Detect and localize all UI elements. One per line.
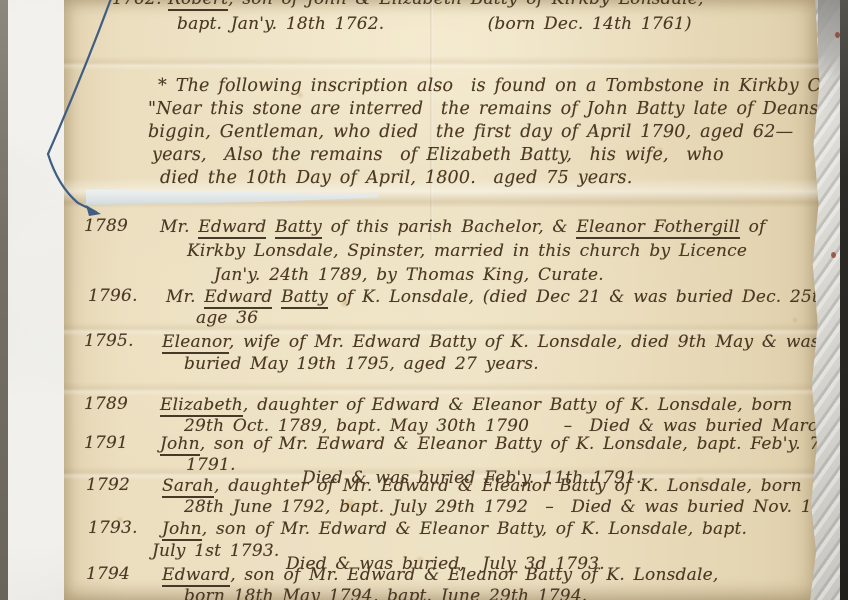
note-line: died the 10th Day of April, 1800. aged 7… xyxy=(160,169,633,188)
entry-line: Mr. Edward Batty of K. Lonsdale, (died D… xyxy=(166,288,848,307)
entry-line: buried May 19th 1795, aged 27 years. xyxy=(184,355,539,374)
text-segment: Jan'y. 24th 1789, by Thomas King, Curate… xyxy=(214,265,604,285)
text-segment: Kirkby Lonsdale, Spinster, married in th… xyxy=(187,241,747,261)
note-line: biggin, Gentleman, who died the first da… xyxy=(148,123,793,142)
entry-year: 1789 xyxy=(84,217,128,236)
text-segment: of xyxy=(740,217,766,237)
entry-line: Robert, son of John & Elizabeth Batty of… xyxy=(168,0,704,9)
text-segment: 28th June 1792, bapt. July 29th 1792 – D… xyxy=(184,497,848,517)
text-segment: Mr. xyxy=(166,287,204,307)
text-segment: 29th Oct. 1789, bapt. May 30th 1790 – Di… xyxy=(184,416,848,436)
photograph-of-manuscript: 1762. Robert, son of John & Elizabeth Ba… xyxy=(0,0,848,600)
underlined-name: Elizabeth xyxy=(160,395,243,417)
note-line: * The following inscription also is foun… xyxy=(158,77,848,96)
entry-year: 1789 xyxy=(84,395,128,414)
text-segment: , son of Mr. Edward & Eleanor Batty, of … xyxy=(202,519,747,539)
underlined-name: Sarah xyxy=(162,476,214,498)
entry-line: 28th June 1792, bapt. July 29th 1792 – D… xyxy=(184,498,848,517)
entry-year: 1762. xyxy=(112,0,162,9)
entry-line: John, son of Mr. Edward & Eleanor Batty,… xyxy=(162,520,747,539)
entry-line: born 18th May 1794, bapt. June 29th 1794… xyxy=(184,587,587,600)
text-segment: , son of Mr. Edward & Eleanor Batty of K… xyxy=(230,565,718,585)
entry-line: Jan'y. 24th 1789, by Thomas King, Curate… xyxy=(214,266,604,285)
underlined-name: Eleanor Fothergill xyxy=(576,217,740,239)
text-segment: of K. Lonsdale, (died Dec 21 & was burie… xyxy=(328,287,848,307)
entry-year: 1791 xyxy=(84,434,128,453)
entry-line: July 1st 1793. xyxy=(152,542,279,561)
entry-line: bapt. Jan'y. 18th 1762. (born Dec. 14th … xyxy=(177,15,692,34)
text-segment: 1791. xyxy=(186,455,236,475)
underlined-name: Edward xyxy=(162,565,230,587)
entry-line: Edward, son of Mr. Edward & Eleanor Batt… xyxy=(162,566,718,585)
underlined-name: Eleanor xyxy=(162,332,229,354)
note-line: "Near this stone are interred the remain… xyxy=(148,100,825,119)
entry-year: 1796. xyxy=(88,287,138,306)
underlined-name: Edward xyxy=(204,287,272,309)
text-segment: age 36 xyxy=(196,308,258,328)
handwritten-content: 1762. Robert, son of John & Elizabeth Ba… xyxy=(64,0,820,600)
entry-line: John, son of Mr. Edward & Eleanor Batty … xyxy=(160,435,839,454)
manuscript-page: 1762. Robert, son of John & Elizabeth Ba… xyxy=(64,0,820,600)
text-segment: , son of Mr. Edward & Eleanor Batty of K… xyxy=(200,434,839,454)
underlined-name: Robert xyxy=(168,0,228,11)
underlined-name: Batty xyxy=(275,217,322,239)
entry-line: Elizabeth, daughter of Edward & Eleanor … xyxy=(160,396,792,415)
text-segment: Mr. xyxy=(160,217,198,237)
entry-year: 1794 xyxy=(86,565,130,584)
text-segment: born 18th May 1794, bapt. June 29th 1794… xyxy=(184,586,587,600)
entry-year: 1792 xyxy=(86,476,130,495)
text-segment: buried May 19th 1795, aged 27 years. xyxy=(184,354,539,374)
entry-year: 1795. xyxy=(84,332,134,351)
text-segment: , wife of Mr. Edward Batty of K. Lonsdal… xyxy=(229,332,820,352)
note-line: years, Also the remains of Elizabeth Bat… xyxy=(152,146,724,165)
entry-line: Kirkby Lonsdale, Spinster, married in th… xyxy=(187,242,747,261)
text-segment: of this parish Bachelor, & xyxy=(322,217,576,237)
text-segment: , daughter of Mr. Edward & Eleanor Batty… xyxy=(214,476,802,496)
entry-line: 29th Oct. 1789, bapt. May 30th 1790 – Di… xyxy=(184,417,848,436)
underlined-name: John xyxy=(162,519,202,541)
text-segment: July 1st 1793. xyxy=(152,541,279,561)
underlined-name: Edward xyxy=(198,217,266,239)
entry-line: Eleanor, wife of Mr. Edward Batty of K. … xyxy=(162,333,820,352)
underlined-name: Batty xyxy=(281,287,328,309)
red-mark xyxy=(831,252,836,258)
text-segment: , son of John & Elizabeth Batty of Kirkb… xyxy=(228,0,703,9)
text-segment: , daughter of Edward & Eleanor Batty of … xyxy=(243,395,793,415)
entry-line: age 36 xyxy=(196,309,258,328)
entry-year: 1793. xyxy=(88,519,138,538)
entry-line: Sarah, daughter of Mr. Edward & Eleanor … xyxy=(162,477,802,496)
entry-line: Mr. Edward Batty of this parish Bachelor… xyxy=(160,218,766,237)
entry-line: 1791. xyxy=(186,456,236,475)
underlined-name: John xyxy=(160,434,200,456)
text-segment xyxy=(272,287,281,307)
background-right-strip xyxy=(840,0,848,600)
text-segment xyxy=(266,217,275,237)
